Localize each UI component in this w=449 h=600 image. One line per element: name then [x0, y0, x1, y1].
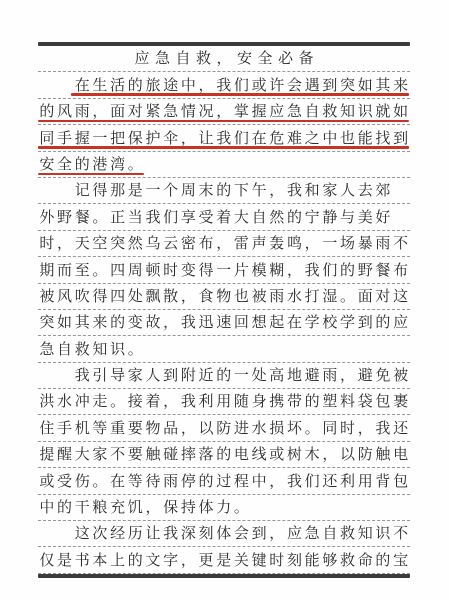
- line-text: 我引导家人到附近的一处高地避雨，避免被: [73, 367, 409, 383]
- line-text: 同手握一把保护伞，让我们在危难之中也能找到: [38, 130, 409, 146]
- essay-line: 同手握一把保护伞，让我们在危难之中也能找到: [38, 125, 410, 151]
- essay-line: 突如其来的变故，我迅速回想起在学校学到的应: [38, 310, 410, 336]
- essay-line: 的风雨，面对紧急情况，掌握应急自救知识就如: [38, 99, 410, 125]
- essay-line: 时，天空突然乌云密布，雷声轰鸣，一场暴雨不: [38, 231, 410, 257]
- essay-sheet: 应急自救，安全必备在生活的旅途中，我们或许会遇到突如其来的风雨，面对紧急情况，掌…: [38, 42, 410, 578]
- red-underline: [38, 173, 144, 175]
- line-text: 急自救知识。: [38, 341, 144, 357]
- essay-line: 急自救知识。: [38, 336, 410, 362]
- line-text: 外野餐。正当我们享受着大自然的宁静与美好: [38, 209, 392, 225]
- line-text: 突如其来的变故，我迅速回想起在学校学到的应: [38, 314, 409, 330]
- essay-line: 被风吹得四处飘散，食物也被雨水打湿。面对这: [38, 284, 410, 310]
- line-text: 这次经历让我深刻体会到，应急自救知识不: [73, 525, 409, 541]
- line-text: 提醒大家不要触碰摔落的电线或树木，以防触电: [38, 446, 409, 462]
- bottom-border-bar: [38, 574, 410, 578]
- line-text: 时，天空突然乌云密布，雷声轰鸣，一场暴雨不: [38, 235, 409, 251]
- essay-line: 这次经历让我深刻体会到，应急自救知识不: [38, 521, 410, 547]
- essay-line: 在生活的旅途中，我们或许会遇到突如其来: [38, 72, 410, 98]
- essay-line: 住手机等重要物品，以防进水损坏。同时，我还: [38, 415, 410, 441]
- essay-rows: 应急自救，安全必备在生活的旅途中，我们或许会遇到突如其来的风雨，面对紧急情况，掌…: [38, 46, 410, 574]
- essay-line: 或受伤。在等待雨停的过程中，我们还利用背包: [38, 468, 410, 494]
- line-text: 住手机等重要物品，以防进水损坏。同时，我还: [38, 420, 409, 436]
- essay-line: 期而至。四周顿时变得一片模糊，我们的野餐布: [38, 257, 410, 283]
- line-text: 期而至。四周顿时变得一片模糊，我们的野餐布: [38, 262, 409, 278]
- essay-line: 中的干粮充饥，保持体力。: [38, 495, 410, 521]
- line-text: 仅是书本上的文字，更是关键时刻能够救命的宝: [38, 552, 409, 568]
- line-text: 在生活的旅途中，我们或许会遇到突如其来: [73, 77, 409, 93]
- essay-title-row: 应急自救，安全必备: [38, 46, 410, 72]
- red-underline: [38, 146, 409, 148]
- line-text: 或受伤。在等待雨停的过程中，我们还利用背包: [38, 473, 409, 489]
- red-underline: [38, 120, 409, 122]
- scanned-essay-page: 应急自救，安全必备在生活的旅途中，我们或许会遇到突如其来的风雨，面对紧急情况，掌…: [0, 0, 449, 600]
- line-text: 的风雨，面对紧急情况，掌握应急自救知识就如: [38, 103, 409, 119]
- essay-title-text: 应急自救，安全必备: [132, 50, 317, 66]
- essay-line: 安全的港湾。: [38, 152, 410, 178]
- line-text: 被风吹得四处飘散，食物也被雨水打湿。面对这: [38, 288, 409, 304]
- essay-line: 我引导家人到附近的一处高地避雨，避免被: [38, 363, 410, 389]
- essay-line: 外野餐。正当我们享受着大自然的宁静与美好: [38, 204, 410, 230]
- line-text: 中的干粮充饥，保持体力。: [38, 499, 250, 515]
- red-underline: [71, 93, 409, 95]
- essay-line: 洪水冲走。接着，我利用随身携带的塑料袋包裹: [38, 389, 410, 415]
- essay-line: 仅是书本上的文字，更是关键时刻能够救命的宝: [38, 547, 410, 573]
- essay-line: 提醒大家不要触碰摔落的电线或树木，以防触电: [38, 442, 410, 468]
- line-text: 安全的港湾。: [38, 156, 144, 172]
- line-text: 洪水冲走。接着，我利用随身携带的塑料袋包裹: [38, 393, 409, 409]
- line-text: 记得那是一个周末的下午，我和家人去郊: [73, 182, 391, 198]
- essay-line: 记得那是一个周末的下午，我和家人去郊: [38, 178, 410, 204]
